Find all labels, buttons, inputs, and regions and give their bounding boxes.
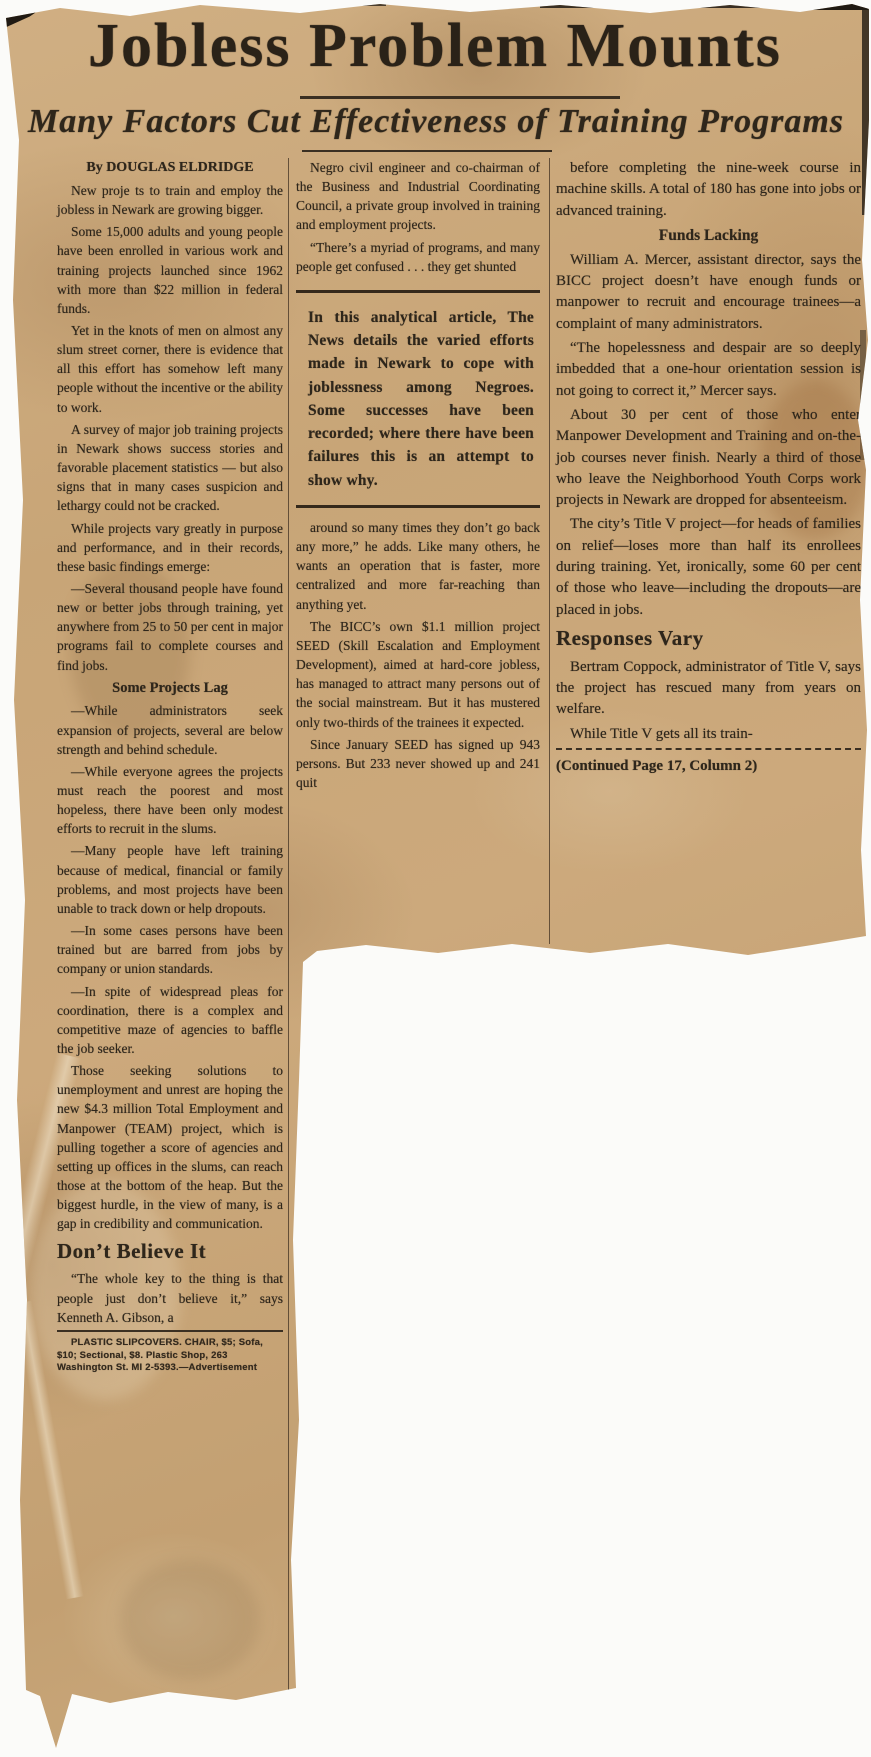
article-paragraph: While Title V gets all its train-	[556, 724, 861, 745]
continued-notice: (Continued Page 17, Column 2)	[556, 748, 861, 777]
article-paragraph: William A. Mercer, assistant director, s…	[556, 250, 861, 335]
article-paragraph: The BICC’s own $1.1 million project SEED…	[296, 617, 540, 732]
article-paragraph: A survey of major job training projects …	[57, 420, 283, 516]
article-paragraph: “The hopelessness and despair are so dee…	[556, 338, 861, 402]
article-headline: Jobless Problem Mounts	[25, 14, 845, 79]
article-column-1: By DOUGLAS ELDRIDGE New proje ts to trai…	[57, 158, 283, 1378]
article-paragraph: Those seeking solutions to unemployment …	[57, 1061, 283, 1233]
section-subhead-funds-lacking: Funds Lacking	[556, 225, 861, 247]
article-column-2: Negro civil engineer and co-chairman of …	[296, 158, 540, 795]
article-paragraph: About 30 per cent of those who enter Man…	[556, 405, 861, 511]
article-subheadline: Many Factors Cut Effectiveness of Traini…	[6, 103, 866, 141]
article-paragraph: Yet in the knots of men on almost any sl…	[57, 321, 283, 417]
torn-edge-ink-mark	[300, 0, 386, 6]
article-paragraph: “The whole key to the thing is that peop…	[57, 1269, 283, 1326]
article-paragraph: Bertram Coppock, administrator of Title …	[556, 657, 861, 721]
column-divider	[288, 158, 289, 1692]
article-paragraph: The city’s Title V project—for heads of …	[556, 514, 861, 620]
article-paragraph: before completing the nine-week course i…	[556, 158, 861, 222]
article-paragraph: New proje ts to train and employ the job…	[57, 181, 283, 219]
headline-rule	[300, 96, 620, 99]
editor-note-inset-box: In this analytical article, The News det…	[296, 290, 540, 508]
article-paragraph: —Many people have left training because …	[57, 841, 283, 918]
article-paragraph: —While everyone agrees the projects must…	[57, 762, 283, 839]
newspaper-clipping: Jobless Problem Mounts Many Factors Cut …	[0, 0, 871, 1757]
section-subhead-responses-vary: Responses Vary	[556, 624, 861, 654]
age-stain	[120, 1560, 260, 1680]
torn-edge-ink-mark	[800, 1, 868, 10]
subheadline-rule	[302, 150, 552, 152]
article-paragraph: —While administrators seek expansion of …	[57, 701, 283, 758]
section-subhead-some-projects-lag: Some Projects Lag	[57, 678, 283, 699]
article-paragraph: —Several thousand people have found new …	[57, 579, 283, 675]
section-subhead-dont-believe-it: Don’t Believe It	[57, 1237, 283, 1267]
article-column-3: before completing the nine-week course i…	[556, 158, 861, 780]
column-divider	[549, 158, 550, 944]
torn-edge-ink-mark	[540, 0, 766, 8]
article-paragraph: —In spite of widespread pleas for coordi…	[57, 982, 283, 1059]
article-paragraph: —In some cases persons have been trained…	[57, 921, 283, 978]
byline: By DOUGLAS ELDRIDGE	[57, 158, 283, 178]
article-paragraph: around so many times they don’t go back …	[296, 518, 540, 614]
article-paragraph: Since January SEED has signed up 943 per…	[296, 735, 540, 792]
classified-ad: PLASTIC SLIPCOVERS. CHAIR, $5; Sofa, $10…	[57, 1330, 283, 1375]
article-paragraph: Some 15,000 adults and young people have…	[57, 222, 283, 318]
article-paragraph: “There’s a myriad of programs, and many …	[296, 238, 540, 276]
article-paragraph: While projects vary greatly in purpose a…	[57, 519, 283, 576]
article-paragraph: Negro civil engineer and co-chairman of …	[296, 158, 540, 235]
